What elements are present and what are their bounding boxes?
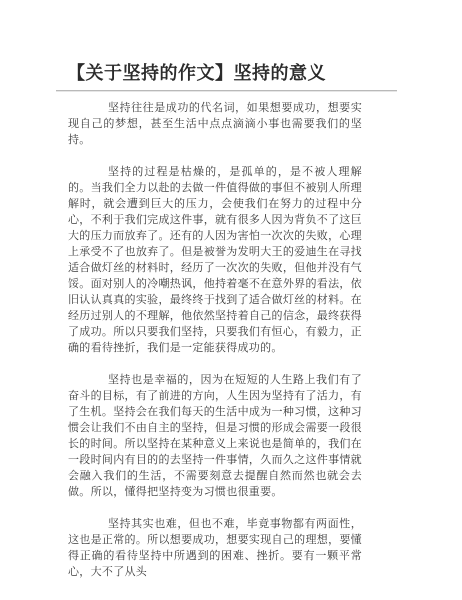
essay-body: 坚持往往是成功的代名词，如果想要成功，想要实现自己的梦想，甚至生活中点点滴滴小事… [68, 100, 362, 580]
essay-paragraph: 坚持也是幸福的，因为在短短的人生路上我们有了奋斗的目标，有了前进的方向，人生因为… [68, 372, 362, 500]
title-divider [56, 90, 397, 92]
essay-paragraph: 坚持其实也难，但也不难，毕竟事物都有两面性，这也是正常的。所以想要成功，想要实现… [68, 516, 362, 580]
essay-title: 【关于坚持的作文】坚持的意义 [67, 59, 326, 85]
essay-paragraph: 坚持的过程是枯燥的，是孤单的，是不被人理解的。当我们全力以赴的去做一件值得做的事… [68, 164, 362, 356]
document-page: 【关于坚持的作文】坚持的意义 坚持往往是成功的代名词，如果想要成功，想要实现自己… [0, 0, 462, 600]
essay-paragraph: 坚持往往是成功的代名词，如果想要成功，想要实现自己的梦想，甚至生活中点点滴滴小事… [68, 100, 362, 148]
